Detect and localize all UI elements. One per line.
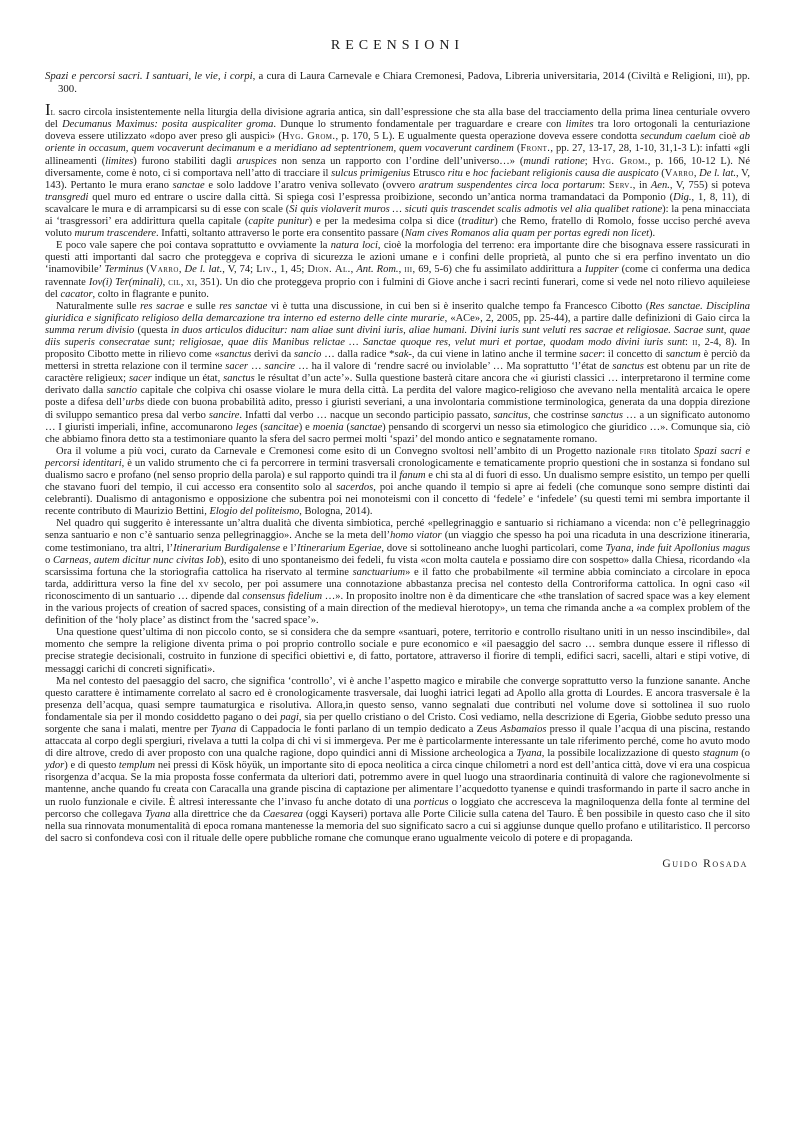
text-run: Itinerarium Burdigalense (173, 543, 280, 554)
text-run: quel muro ed entrare o uscire dalla citt… (88, 192, 673, 203)
text-run: aratrum suspendentes circa loca portarum (419, 180, 602, 191)
text-run: non senza un rapporto con l’ordine dell’… (277, 156, 524, 167)
text-run: firb (640, 446, 657, 457)
text-run: aruspices (236, 156, 276, 167)
text-run: , V, 755) si poteva (670, 180, 750, 191)
text-run: Decumanus Maximus: posita auspicaliter g… (62, 119, 273, 130)
text-run: a meridiano ad septentrionem, quem vocav… (266, 143, 514, 154)
text-run: Elogio del politeismo (209, 506, 299, 517)
text-run: mundi ratione (523, 156, 584, 167)
text-run: Tyana (516, 748, 541, 759)
text-run: Iuppiter (585, 264, 619, 275)
text-run: hoc faciebant religionis causa die auspi… (473, 168, 659, 179)
text-run: E poco vale sapere che poi contava sopra… (56, 240, 331, 251)
text-run: Spazi e percorsi sacri. I santuari, le v… (45, 70, 253, 82)
text-run: Liv. (256, 264, 274, 275)
paragraph: Una questione quest’ultima di non piccol… (45, 627, 750, 675)
text-run: Caesarea (263, 809, 303, 820)
paragraph: Ma nel contesto del paesaggio del sacro,… (45, 676, 750, 845)
text-run: sancitus (493, 410, 527, 421)
text-run: (questa (134, 325, 171, 336)
text-run: , che costrinse (528, 410, 592, 421)
text-run: ) e di questo (64, 760, 119, 771)
text-run: Itinerarium Egeriae (297, 543, 382, 554)
text-run: sacer (579, 349, 602, 360)
text-run: e solo laddove l’aratro veniva sollevato… (205, 180, 419, 191)
text-run: … (248, 361, 265, 372)
text-run: indique un état, (152, 373, 223, 384)
text-run: alla direttrice che da (170, 809, 263, 820)
text-run: Ora il volume a più voci, curato da Carn… (56, 446, 640, 457)
text-run: sanctae (173, 180, 205, 191)
text-run: Hyg. Grom. (282, 131, 336, 142)
text-run: xi (186, 277, 194, 288)
text-run: Varro (665, 168, 694, 179)
text-run: sancire (265, 361, 296, 372)
text-run: e (463, 168, 473, 179)
text-run: sacerdos (336, 482, 373, 493)
text-run: Tyana (211, 724, 236, 735)
text-run: e l’ (280, 543, 297, 554)
text-run: sak- (394, 349, 412, 360)
text-run: sacer (225, 361, 248, 372)
text-run: sancire (209, 410, 240, 421)
text-run: fanum (399, 470, 425, 481)
text-run: cil (168, 277, 180, 288)
text-run: , a cura di Laura Carnevale e Chiara Cre… (253, 70, 718, 82)
text-run: res sanctae (219, 301, 267, 312)
text-run: sacer (129, 373, 152, 384)
text-run: ) e per la medesima colpa si dice ( (309, 216, 462, 227)
text-run: e sulle (184, 301, 219, 312)
text-run: : (602, 180, 609, 191)
text-run: . Dunque lo strumento fondamentale per t… (273, 119, 565, 130)
text-run: , 69, 5-6) che fu assimilato addirittura… (412, 264, 584, 275)
text-run: di Cappadocia le fonti parlano di un tem… (236, 724, 500, 735)
text-run: vi è tutta una discussione, in cui ben s… (267, 301, 649, 312)
text-run: natura loci (331, 240, 378, 251)
text-run: sancitae (264, 422, 299, 433)
text-run: sanctio (107, 385, 137, 396)
text-run: sulcus primigenius (331, 168, 410, 179)
text-run: secundum caelum (640, 131, 715, 142)
text-run: Aen. (651, 180, 670, 191)
text-run: ( (143, 264, 150, 275)
text-run: Si quis violaverit muros … sicuti quis t… (289, 204, 662, 215)
paragraph: E poco vale sapere che poi contava sopra… (45, 240, 750, 300)
text-run: . Infatti dal verbo … nacque un secondo … (239, 410, 493, 421)
text-run: stagnum (703, 748, 739, 759)
text-run: , V, 74; (222, 264, 256, 275)
text-run: : il concetto di (602, 349, 666, 360)
text-run: De l. lat. (185, 264, 223, 275)
text-run: , p. 170, 5 L). E ugualmente questa oper… (335, 131, 640, 142)
text-run: cacator (60, 289, 92, 300)
text-run: , Bologna, 2014). (299, 506, 372, 517)
text-run: Dig. (673, 192, 691, 203)
text-run: (o (738, 748, 750, 759)
paragraph: Ora il volume a più voci, curato da Carn… (45, 446, 750, 519)
page-title: RECENSIONI (45, 38, 750, 54)
text-run: Serv. (609, 180, 633, 191)
text-run: o (45, 555, 53, 566)
text-run: Naturalmente sulle (56, 301, 140, 312)
text-run: Una questione quest’ultima di non piccol… (45, 627, 750, 674)
text-run: transgredi (45, 192, 88, 203)
text-run: cioè (716, 131, 740, 142)
text-run: limites (566, 119, 594, 130)
text-run: summa rerum divisio (45, 325, 134, 336)
text-run: Hyg. Grom. (592, 156, 647, 167)
text-run: sanctus (220, 349, 252, 360)
text-run: … ha il valore di ‘rendre sacré ou invio… (295, 361, 612, 372)
text-run: Nam cives Romanos alia quam per portas e… (405, 228, 649, 239)
text-run: Varro (150, 264, 179, 275)
text-run: , 1, 45; (274, 264, 307, 275)
text-run: limites (105, 156, 133, 167)
text-run: . Infatti, soltanto attraverso le porte … (156, 228, 405, 239)
text-run: , la possibile localizzazione di questo (542, 748, 703, 759)
text-run: ). (649, 228, 655, 239)
text-run: sanctum (666, 349, 701, 360)
text-run: Etrusco (410, 168, 447, 179)
text-run: derivi da (251, 349, 294, 360)
text-run: Iov(i) Ter(minali) (89, 277, 163, 288)
text-run: sancio (294, 349, 321, 360)
text-run: Terminus (104, 264, 143, 275)
text-run: , dove si sottolineano anche luoghi part… (381, 543, 605, 554)
text-run: e (255, 143, 266, 154)
text-run: Dion. Al. (307, 264, 350, 275)
text-run: Tyana, inde fuit Apollonius magus (606, 543, 750, 554)
text-run: … dalla radice * (321, 349, 394, 360)
text-run: leges (236, 422, 258, 433)
review-page: RECENSIONI Spazi e percorsi sacri. I san… (0, 0, 794, 1123)
text-run: sanctus (591, 410, 623, 421)
paragraph: Nel quadro qui suggerito è interessante … (45, 518, 750, 627)
text-run: ritu (448, 168, 463, 179)
text-run: ydor (45, 760, 64, 771)
text-run: consensus fidelium (242, 591, 322, 602)
text-run: Carneas, autem dicitur nunc civitas Iob (53, 555, 220, 566)
text-run: urbs (125, 397, 144, 408)
text-run: titolato (657, 446, 694, 457)
body-text: Il sacro circola insistentemente nella l… (45, 104, 750, 845)
text-run: ) furono stabiliti dagli (133, 156, 236, 167)
text-run: De l. lat. (699, 168, 736, 179)
text-run: Asbamaios (500, 724, 546, 735)
text-run: sanctuarium (353, 567, 406, 578)
text-run: traditur (462, 216, 495, 227)
text-run: templum (119, 760, 155, 771)
text-run: sanctus (612, 361, 644, 372)
text-run: res sacrae (140, 301, 184, 312)
text-run: , da cui viene in latino anche il termin… (412, 349, 580, 360)
text-run: Front. (520, 143, 550, 154)
text-run: moenia (313, 422, 344, 433)
text-run: murum trascendere (74, 228, 156, 239)
paragraph: Naturalmente sulle res sacrae e sulle re… (45, 301, 750, 446)
text-run: sanctae (350, 422, 382, 433)
book-citation: Spazi e percorsi sacri. I santuari, le v… (45, 70, 750, 95)
text-run: , colto in flagrante e punito. (93, 289, 209, 300)
text-run: iii (718, 70, 727, 82)
author-signature: Guido Rosada (45, 858, 750, 870)
text-run: Ant. Rom. (356, 264, 398, 275)
text-run: ) e (299, 422, 313, 433)
text-run: homo viator (390, 530, 442, 541)
text-run: sanctus (223, 373, 255, 384)
text-run: , in (633, 180, 651, 191)
text-run: pagi (280, 712, 299, 723)
text-run: Tyana (145, 809, 170, 820)
text-run: capite punitur (248, 216, 308, 227)
paragraph: Il sacro circola insistentemente nella l… (45, 104, 750, 240)
text-run: , «ACe», 2, 2005, pp. 25-44), a partire … (445, 313, 750, 324)
text-run: xv (198, 579, 209, 590)
text-run: porticus (414, 797, 448, 808)
